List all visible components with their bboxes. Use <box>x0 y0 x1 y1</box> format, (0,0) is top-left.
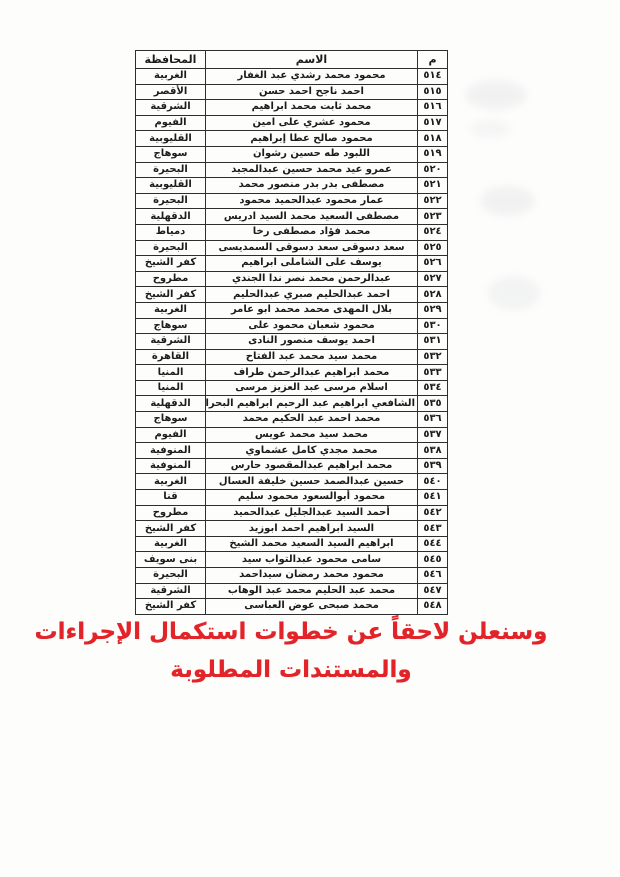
table-row: ٥١٨محمود صالح عطا إبراهيمالقليوبية <box>136 131 448 147</box>
row-name-cell: سعد دسوقى سعد دسوقى السمديسى <box>206 240 418 256</box>
scan-artifact <box>470 120 510 138</box>
table-row: ٥٢٧عبدالرحمن محمد نصر ندا الجنديمطروح <box>136 271 448 287</box>
row-name-cell: مصطفى السعيد محمد السيد ادريس <box>206 209 418 225</box>
row-number-cell: ٥٤٧ <box>418 583 448 599</box>
row-number-cell: ٥٢٦ <box>418 256 448 272</box>
table-row: ٥٢٠عمرو عيد محمد حسين عبدالمجيدالبحيرة <box>136 162 448 178</box>
row-number-cell: ٥٣٣ <box>418 365 448 381</box>
row-name-cell: محمد ابراهيم عبدالرحمن طراف <box>206 365 418 381</box>
table-header: م الاسم المحافظة <box>136 51 448 69</box>
row-governorate-cell: القليوبية <box>136 131 206 147</box>
row-number-cell: ٥٢٠ <box>418 162 448 178</box>
row-number-cell: ٥٢٧ <box>418 271 448 287</box>
row-governorate-cell: سوهاج <box>136 146 206 162</box>
table-header-row: م الاسم المحافظة <box>136 51 448 69</box>
table-row: ٥٢١مصطفى بدر بدر منصور محمدالقليوبية <box>136 178 448 194</box>
table-row: ٥٢٤محمد فؤاد مصطفى رخادمياط <box>136 224 448 240</box>
row-number-cell: ٥١٩ <box>418 146 448 162</box>
column-header-name: الاسم <box>206 51 418 69</box>
row-number-cell: ٥١٦ <box>418 100 448 116</box>
row-name-cell: عمار محمود عبدالحميد محمود <box>206 193 418 209</box>
row-number-cell: ٥٢٩ <box>418 302 448 318</box>
row-governorate-cell: الشرقية <box>136 100 206 116</box>
row-governorate-cell: الدقهلية <box>136 209 206 225</box>
row-name-cell: ابراهيم السيد السعيد محمد الشيخ <box>206 536 418 552</box>
table-row: ٥٤٨محمد صبحى عوض العباسىكفر الشيخ <box>136 599 448 615</box>
row-number-cell: ٥٤٠ <box>418 474 448 490</box>
row-governorate-cell: المنوفية <box>136 443 206 459</box>
row-name-cell: عمرو عيد محمد حسين عبدالمجيد <box>206 162 418 178</box>
row-governorate-cell: المنيا <box>136 365 206 381</box>
row-governorate-cell: بنى سويف <box>136 552 206 568</box>
row-governorate-cell: قنا <box>136 490 206 506</box>
row-governorate-cell: الفيوم <box>136 115 206 131</box>
row-name-cell: محمود عشري على امين <box>206 115 418 131</box>
row-name-cell: محمود صالح عطا إبراهيم <box>206 131 418 147</box>
row-governorate-cell: الغربية <box>136 536 206 552</box>
row-number-cell: ٥٣٥ <box>418 396 448 412</box>
row-number-cell: ٥٤١ <box>418 490 448 506</box>
row-number-cell: ٥٣٠ <box>418 318 448 334</box>
row-number-cell: ٥٣٨ <box>418 443 448 459</box>
row-governorate-cell: القاهرة <box>136 349 206 365</box>
row-number-cell: ٥١٤ <box>418 69 448 85</box>
row-governorate-cell: البحيرة <box>136 193 206 209</box>
row-name-cell: محمود محمد رشدي عبد الغفار <box>206 69 418 85</box>
row-name-cell: محمود شعبان محمود على <box>206 318 418 334</box>
row-governorate-cell: دمياط <box>136 224 206 240</box>
row-number-cell: ٥٤٥ <box>418 552 448 568</box>
row-number-cell: ٥٣٩ <box>418 458 448 474</box>
row-name-cell: محمد مجدي كامل عشماوي <box>206 443 418 459</box>
row-number-cell: ٥٤٤ <box>418 536 448 552</box>
row-name-cell: محمد فؤاد مصطفى رخا <box>206 224 418 240</box>
row-name-cell: حسين عبدالصمد حسين خليفة العسال <box>206 474 418 490</box>
row-governorate-cell: الأقصر <box>136 84 206 100</box>
row-governorate-cell: المنيا <box>136 380 206 396</box>
table-row: ٥١٩اللبود طه حسين رشوانسوهاج <box>136 146 448 162</box>
row-governorate-cell: كفر الشيخ <box>136 256 206 272</box>
table-row: ٥٢٨احمد عبدالحليم صبري عبدالحليمكفر الشي… <box>136 287 448 303</box>
row-governorate-cell: الشرقية <box>136 583 206 599</box>
column-header-governorate: المحافظة <box>136 51 206 69</box>
row-governorate-cell: الدقهلية <box>136 396 206 412</box>
row-number-cell: ٥٤٢ <box>418 505 448 521</box>
scan-artifact <box>465 80 527 110</box>
table-row: ٥٣٤اسلام مرسى عبد العزيز مرسىالمنيا <box>136 380 448 396</box>
table-row: ٥٤٣السيد ابراهيم احمد ابوزيدكفر الشيخ <box>136 521 448 537</box>
table-row: ٥٣٨محمد مجدي كامل عشماويالمنوفية <box>136 443 448 459</box>
row-name-cell: محمد ابراهيم عبدالمقصود حارس <box>206 458 418 474</box>
table-row: ٥٢٦يوسف على الشاملى ابراهيمكفر الشيخ <box>136 256 448 272</box>
row-governorate-cell: البحيرة <box>136 162 206 178</box>
table-row: ٥١٤محمود محمد رشدي عبد الغفارالغربية <box>136 69 448 85</box>
row-number-cell: ٥٤٦ <box>418 568 448 584</box>
scan-artifact <box>488 276 540 310</box>
row-name-cell: احمد عبدالحليم صبري عبدالحليم <box>206 287 418 303</box>
row-governorate-cell: الفيوم <box>136 427 206 443</box>
row-number-cell: ٥٤٣ <box>418 521 448 537</box>
row-name-cell: محمود أبوالسعود محمود سليم <box>206 490 418 506</box>
scan-artifact <box>480 186 535 216</box>
table-row: ٥٣٧محمد سيد محمد عويسالفيوم <box>136 427 448 443</box>
row-name-cell: يوسف على الشاملى ابراهيم <box>206 256 418 272</box>
row-governorate-cell: مطروح <box>136 505 206 521</box>
table-row: ٥٣٣محمد ابراهيم عبدالرحمن طرافالمنيا <box>136 365 448 381</box>
row-governorate-cell: الغربية <box>136 69 206 85</box>
row-name-cell: أحمد السيد عبدالجليل عبدالحميد <box>206 505 418 521</box>
row-governorate-cell: كفر الشيخ <box>136 599 206 615</box>
table-row: ٥٢٩بلال المهدى محمد محمد ابو عامرالغربية <box>136 302 448 318</box>
row-governorate-cell: القليوبية <box>136 178 206 194</box>
table-row: ٥٣٥الشافعي ابراهيم عبد الرحيم ابراهيم ال… <box>136 396 448 412</box>
row-governorate-cell: مطروح <box>136 271 206 287</box>
row-name-cell: اللبود طه حسين رشوان <box>206 146 418 162</box>
table-row: ٥٤٢أحمد السيد عبدالجليل عبدالحميدمطروح <box>136 505 448 521</box>
row-governorate-cell: المنوفية <box>136 458 206 474</box>
table-body: ٥١٤محمود محمد رشدي عبد الغفارالغربية٥١٥ا… <box>136 69 448 615</box>
table-row: ٥٢٣مصطفى السعيد محمد السيد ادريسالدقهلية <box>136 209 448 225</box>
row-number-cell: ٥٣٢ <box>418 349 448 365</box>
row-governorate-cell: البحيرة <box>136 568 206 584</box>
row-name-cell: محمد صبحى عوض العباسى <box>206 599 418 615</box>
row-name-cell: محمد عبد الحليم محمد عبد الوهاب <box>206 583 418 599</box>
column-header-number: م <box>418 51 448 69</box>
table-row: ٥٤٥سامى محمود عبدالتواب سيدبنى سويف <box>136 552 448 568</box>
row-name-cell: احمد ناجح احمد حسن <box>206 84 418 100</box>
row-name-cell: محمد احمد عبد الحكيم محمد <box>206 412 418 428</box>
table-row: ٥٤٤ابراهيم السيد السعيد محمد الشيخالغربي… <box>136 536 448 552</box>
row-number-cell: ٥٢٢ <box>418 193 448 209</box>
row-governorate-cell: الغربية <box>136 302 206 318</box>
row-number-cell: ٥٢٨ <box>418 287 448 303</box>
row-number-cell: ٥٢٥ <box>418 240 448 256</box>
row-governorate-cell: الشرقية <box>136 334 206 350</box>
row-number-cell: ٥٣٦ <box>418 412 448 428</box>
footer-note: وسنعلن لاحقاً عن خطوات استكمال الإجراءات… <box>0 613 582 689</box>
table-row: ٥٤٧محمد عبد الحليم محمد عبد الوهابالشرقي… <box>136 583 448 599</box>
row-governorate-cell: سوهاج <box>136 412 206 428</box>
row-name-cell: محمد سيد محمد عبد الفتاح <box>206 349 418 365</box>
row-number-cell: ٥١٨ <box>418 131 448 147</box>
row-governorate-cell: الغربية <box>136 474 206 490</box>
row-number-cell: ٥٢٤ <box>418 224 448 240</box>
row-name-cell: اسلام مرسى عبد العزيز مرسى <box>206 380 418 396</box>
table-row: ٥٣٦محمد احمد عبد الحكيم محمدسوهاج <box>136 412 448 428</box>
row-name-cell: الشافعي ابراهيم عبد الرحيم ابراهيم البحر… <box>206 396 418 412</box>
row-name-cell: احمد يوسف منصور النادى <box>206 334 418 350</box>
row-number-cell: ٥٢١ <box>418 178 448 194</box>
row-governorate-cell: البحيرة <box>136 240 206 256</box>
row-governorate-cell: سوهاج <box>136 318 206 334</box>
row-number-cell: ٥٣١ <box>418 334 448 350</box>
row-name-cell: سامى محمود عبدالتواب سيد <box>206 552 418 568</box>
table-row: ٥٣٢محمد سيد محمد عبد الفتاحالقاهرة <box>136 349 448 365</box>
footer-note-line2: والمستندات المطلوبة <box>0 651 582 689</box>
table-row: ٥٣١احمد يوسف منصور النادىالشرقية <box>136 334 448 350</box>
row-name-cell: محمد سيد محمد عويس <box>206 427 418 443</box>
table-row: ٥٣٠محمود شعبان محمود علىسوهاج <box>136 318 448 334</box>
row-name-cell: بلال المهدى محمد محمد ابو عامر <box>206 302 418 318</box>
row-name-cell: مصطفى بدر بدر منصور محمد <box>206 178 418 194</box>
row-number-cell: ٥٣٤ <box>418 380 448 396</box>
row-name-cell: محمود محمد رمضان سيداحمد <box>206 568 418 584</box>
table-row: ٥١٦محمد ثابت محمد ابراهيمالشرقية <box>136 100 448 116</box>
table-row: ٥٤٦محمود محمد رمضان سيداحمدالبحيرة <box>136 568 448 584</box>
row-name-cell: عبدالرحمن محمد نصر ندا الجندي <box>206 271 418 287</box>
row-number-cell: ٥٣٧ <box>418 427 448 443</box>
row-number-cell: ٥٤٨ <box>418 599 448 615</box>
table-row: ٥١٧محمود عشري على امينالفيوم <box>136 115 448 131</box>
row-governorate-cell: كفر الشيخ <box>136 521 206 537</box>
row-number-cell: ٥١٥ <box>418 84 448 100</box>
scanned-document-page: م الاسم المحافظة ٥١٤محمود محمد رشدي عبد … <box>0 0 620 877</box>
table-row: ٥٤١محمود أبوالسعود محمود سليمقنا <box>136 490 448 506</box>
row-number-cell: ٥٢٣ <box>418 209 448 225</box>
names-table: م الاسم المحافظة ٥١٤محمود محمد رشدي عبد … <box>135 50 448 615</box>
footer-note-line1: وسنعلن لاحقاً عن خطوات استكمال الإجراءات <box>0 613 582 651</box>
table-row: ٥٢٢عمار محمود عبدالحميد محمودالبحيرة <box>136 193 448 209</box>
table-row: ٥٣٩محمد ابراهيم عبدالمقصود حارسالمنوفية <box>136 458 448 474</box>
row-governorate-cell: كفر الشيخ <box>136 287 206 303</box>
table-row: ٥٤٠حسين عبدالصمد حسين خليفة العسالالغربي… <box>136 474 448 490</box>
row-name-cell: محمد ثابت محمد ابراهيم <box>206 100 418 116</box>
table-row: ٥٢٥سعد دسوقى سعد دسوقى السمديسىالبحيرة <box>136 240 448 256</box>
row-number-cell: ٥١٧ <box>418 115 448 131</box>
table-row: ٥١٥احمد ناجح احمد حسنالأقصر <box>136 84 448 100</box>
row-name-cell: السيد ابراهيم احمد ابوزيد <box>206 521 418 537</box>
